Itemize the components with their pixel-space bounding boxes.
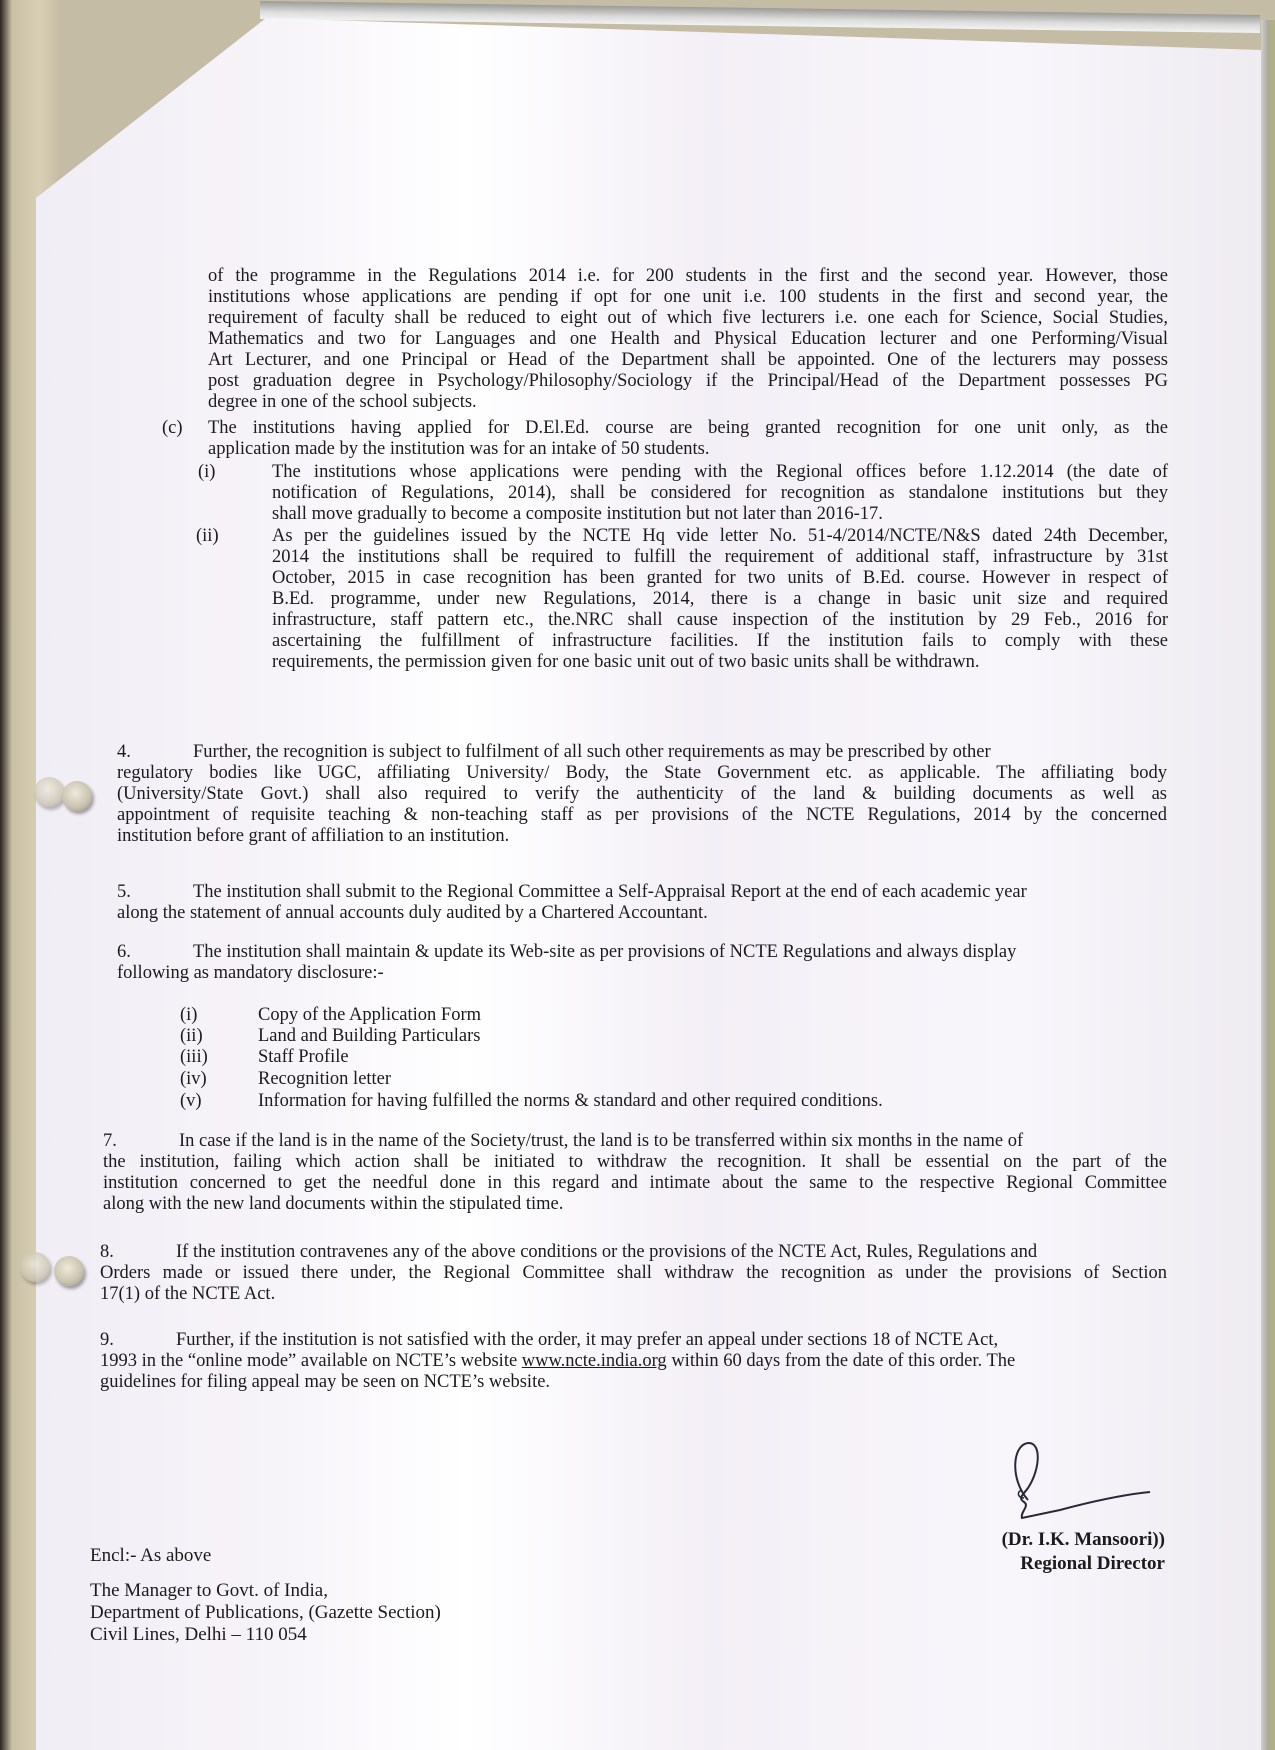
- paragraph-4: 4.Further, the recognition is subject to…: [117, 742, 1167, 847]
- text-line: guidelines for filing appeal may be seen…: [100, 1372, 1167, 1393]
- paragraph-5: 5.The institution shall submit to the Re…: [117, 882, 1167, 924]
- text-line: notification of Regulations, 2014), shal…: [272, 483, 1168, 504]
- list-text: Copy of the Application Form: [258, 1005, 481, 1026]
- text-line: The institutions having applied for D.El…: [208, 418, 1168, 439]
- text-line: of the programme in the Regulations 2014…: [208, 266, 1168, 287]
- paragraph-8: 8.If the institution contravenes any of …: [100, 1242, 1167, 1305]
- text-line: shall move gradually to become a composi…: [272, 504, 1168, 525]
- text-line: 6.The institution shall maintain & updat…: [117, 942, 1167, 963]
- text-line: October, 2015 in case recognition has be…: [272, 568, 1168, 589]
- paragraph-first-line: The institution shall submit to the Regi…: [193, 882, 1027, 903]
- enclosure-note: Encl:- As above: [90, 1545, 211, 1566]
- text-line: (University/State Govt.) shall also requ…: [117, 784, 1167, 805]
- continuation-paragraph: of the programme in the Regulations 2014…: [208, 266, 1168, 413]
- text-line: appointment of requisite teaching & non-…: [117, 805, 1167, 826]
- paragraph-number: 7.: [103, 1131, 117, 1151]
- text-line: requirements, the permission given for o…: [272, 652, 1168, 673]
- text-line: 2014 the institutions shall be required …: [272, 547, 1168, 568]
- paragraph-number: 6.: [117, 942, 131, 962]
- text-line: 7.In case if the land is in the name of …: [103, 1131, 1167, 1152]
- list-label: (ii): [180, 1026, 203, 1047]
- paragraph-first-line: Further, if the institution is not satis…: [176, 1330, 998, 1351]
- text-line: along with the new land documents within…: [103, 1194, 1167, 1215]
- text-segment: 1993 in the “online mode” available on N…: [100, 1351, 522, 1371]
- list-label: (iv): [180, 1069, 207, 1090]
- address-line: The Manager to Govt. of India,: [90, 1580, 441, 1602]
- list-label: (v): [180, 1091, 202, 1112]
- signatory-designation: Regional Director: [975, 1552, 1165, 1576]
- text-line: ascertaining the fulfillment of infrastr…: [272, 631, 1168, 652]
- address-line: Civil Lines, Delhi – 110 054: [90, 1624, 441, 1646]
- text-line: along the statement of annual accounts d…: [117, 903, 1167, 924]
- text-line: the institution, failing which action sh…: [103, 1152, 1167, 1173]
- sub-clause-label: (i): [198, 462, 215, 483]
- text-line: infrastructure, staff pattern etc., the.…: [272, 610, 1168, 631]
- paragraph-first-line: In case if the land is in the name of th…: [179, 1131, 1023, 1152]
- text-line: 4.Further, the recognition is subject to…: [117, 742, 1167, 763]
- signatory-name: (Dr. I.K. Mansoori)): [975, 1528, 1165, 1552]
- text-line: 8.If the institution contravenes any of …: [100, 1242, 1167, 1263]
- list-text: Recognition letter: [258, 1069, 391, 1090]
- paragraph-number: 9.: [100, 1330, 114, 1350]
- text-line: institution before grant of affiliation …: [117, 826, 1167, 847]
- text-segment: within 60 days from the date of this ord…: [667, 1351, 1016, 1371]
- signatory: (Dr. I.K. Mansoori)) Regional Director: [975, 1528, 1165, 1576]
- clause-label: (c): [162, 418, 183, 439]
- text-line: The institutions whose applications were…: [272, 462, 1168, 483]
- list-label: (i): [180, 1005, 197, 1026]
- sub-clause-i: The institutions whose applications were…: [272, 462, 1168, 525]
- text-line: 1993 in the “online mode” available on N…: [100, 1351, 1167, 1372]
- paragraph-number: 4.: [117, 742, 131, 762]
- address-line: Department of Publications, (Gazette Sec…: [90, 1602, 441, 1624]
- paragraph-6: 6.The institution shall maintain & updat…: [117, 942, 1167, 984]
- document-body: of the programme in the Regulations 2014…: [0, 0, 1275, 1750]
- paragraph-9: 9.Further, if the institution is not sat…: [100, 1330, 1167, 1393]
- text-line: institution concerned to get the needful…: [103, 1173, 1167, 1194]
- list-text: Land and Building Particulars: [258, 1026, 480, 1047]
- text-line: post graduation degree in Psychology/Phi…: [208, 371, 1168, 392]
- text-line: following as mandatory disclosure:-: [117, 963, 1167, 984]
- text-line: degree in one of the school subjects.: [208, 392, 1168, 413]
- text-line: 17(1) of the NCTE Act.: [100, 1284, 1167, 1305]
- ncte-website-link[interactable]: www.ncte.india.org: [522, 1351, 667, 1371]
- clause-c: The institutions having applied for D.El…: [208, 418, 1168, 460]
- text-line: As per the guidelines issued by the NCTE…: [272, 526, 1168, 547]
- text-line: Art Lecturer, and one Principal or Head …: [208, 350, 1168, 371]
- text-line: Mathematics and two for Languages and on…: [208, 329, 1168, 350]
- list-label: (iii): [180, 1047, 208, 1068]
- recipient-address: The Manager to Govt. of India, Departmen…: [90, 1580, 441, 1646]
- list-text: Information for having fulfilled the nor…: [258, 1091, 883, 1112]
- text-line: requirement of faculty shall be reduced …: [208, 308, 1168, 329]
- paragraph-number: 5.: [117, 882, 131, 902]
- text-line: regulatory bodies like UGC, affiliating …: [117, 763, 1167, 784]
- paragraph-first-line: The institution shall maintain & update …: [193, 942, 1016, 963]
- text-line: B.Ed. programme, under new Regulations, …: [272, 589, 1168, 610]
- signature-icon: [1000, 1440, 1160, 1530]
- text-line: 9.Further, if the institution is not sat…: [100, 1330, 1167, 1351]
- list-text: Staff Profile: [258, 1047, 349, 1068]
- paragraph-7: 7.In case if the land is in the name of …: [103, 1131, 1167, 1215]
- sub-clause-ii: As per the guidelines issued by the NCTE…: [272, 526, 1168, 673]
- text-line: Orders made or issued there under, the R…: [100, 1263, 1167, 1284]
- paragraph-number: 8.: [100, 1242, 114, 1262]
- text-line: application made by the institution was …: [208, 439, 1168, 460]
- text-line: institutions whose applications are pend…: [208, 287, 1168, 308]
- paragraph-first-line: Further, the recognition is subject to f…: [193, 742, 991, 763]
- sub-clause-label: (ii): [196, 526, 219, 547]
- paragraph-first-line: If the institution contravenes any of th…: [176, 1242, 1037, 1263]
- text-line: 5.The institution shall submit to the Re…: [117, 882, 1167, 903]
